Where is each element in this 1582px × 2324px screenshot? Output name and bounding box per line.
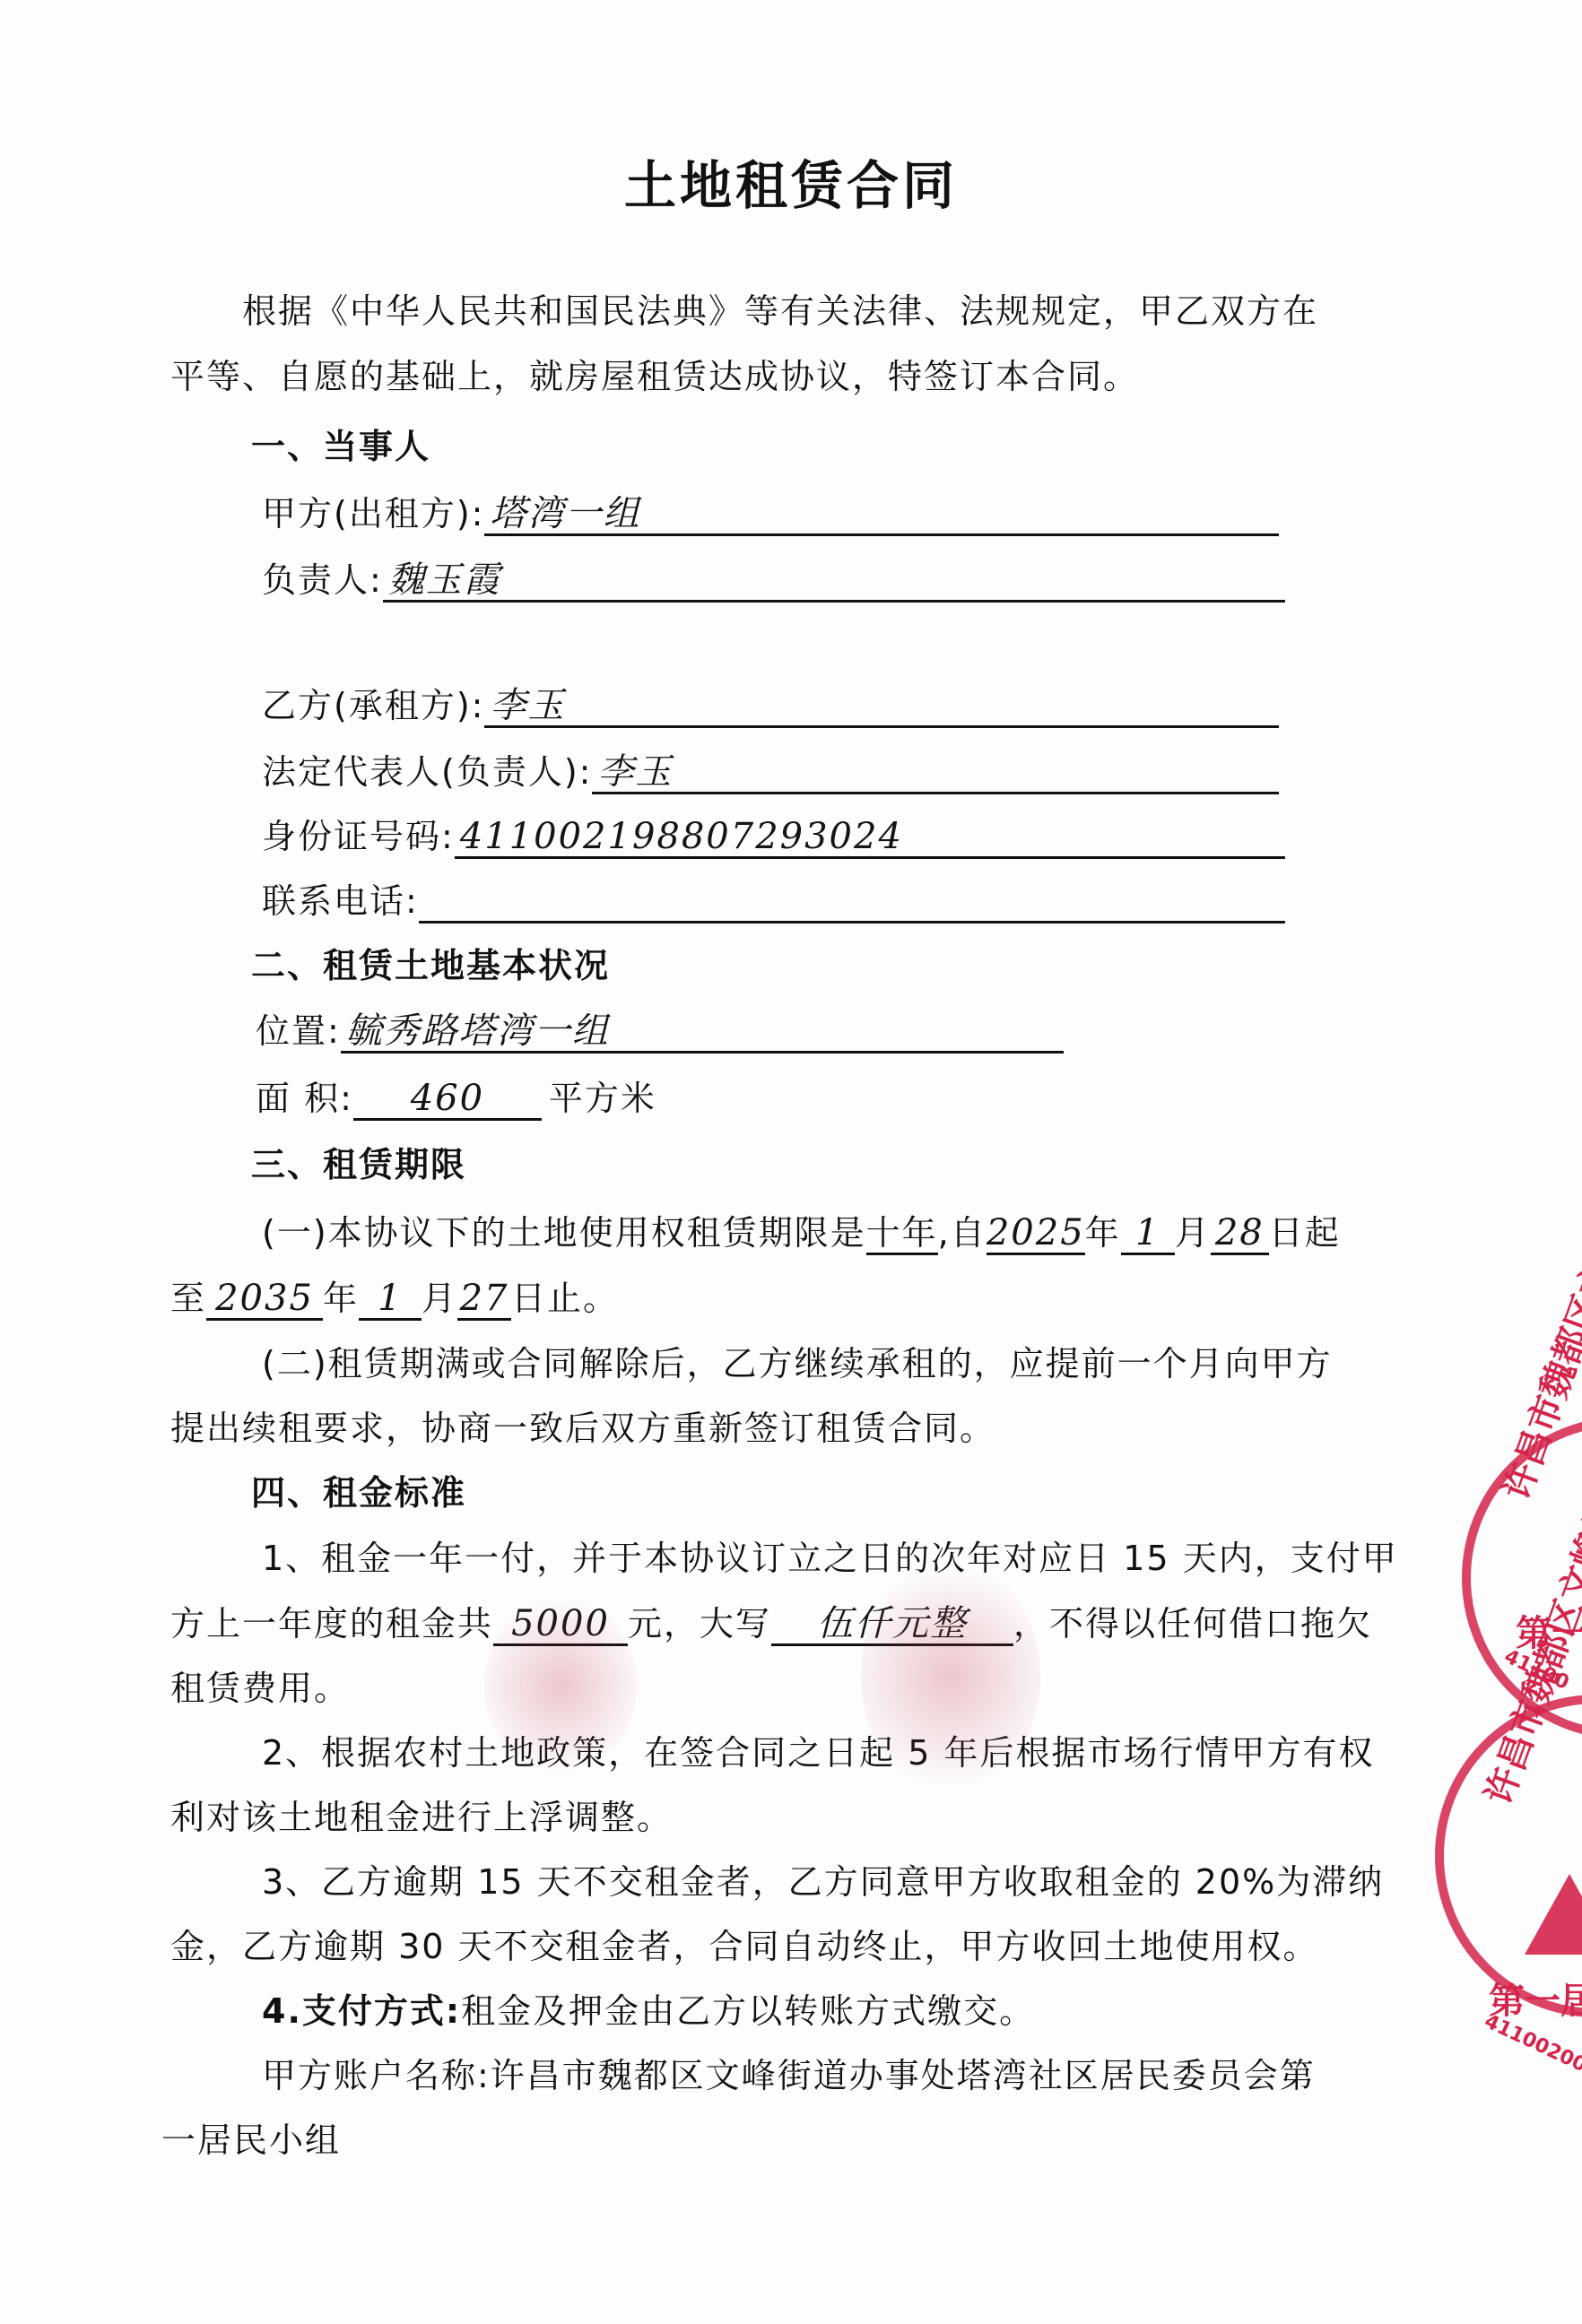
id-field[interactable]: 411002198807293024: [455, 817, 1285, 859]
legal-rep-field[interactable]: 李玉: [592, 752, 1279, 794]
renewal-line-1: (二)租赁期满或合同解除后，乙方继续承租的，应提前一个月向甲方: [262, 1341, 1333, 1386]
term-text-e: 日止。: [511, 1279, 619, 1318]
party-a-field[interactable]: 塔湾一组: [484, 494, 1279, 536]
month-char: 月: [422, 1279, 457, 1318]
term-field[interactable]: 十年: [866, 1213, 938, 1255]
payment-method-text: 租金及押金由乙方以转账方式缴交。: [461, 1991, 1035, 2031]
party-b-label: 乙方(承租方):: [262, 686, 484, 725]
rent-item1-line1: 1、租金一年一付，并于本协议订立之日的次年对应日 15 天内，支付甲: [262, 1536, 1398, 1581]
party-a-row: 甲方(出租方):塔湾一组: [262, 491, 1279, 536]
responsible-field[interactable]: 魏玉霞: [383, 560, 1285, 603]
section-heading-parties: 一、当事人: [251, 424, 430, 469]
section-heading-land: 二、租赁土地基本状况: [251, 943, 610, 988]
payment-method-label: 4.支付方式:: [262, 1991, 461, 2031]
term-text-b: ,自: [938, 1213, 987, 1253]
legal-rep-row: 法定代表人(负责人):李玉: [262, 750, 1279, 794]
start-month-field[interactable]: 1: [1121, 1213, 1175, 1255]
end-year-field[interactable]: 2035: [206, 1279, 323, 1321]
id-label: 身份证号码:: [262, 817, 455, 856]
section-heading-term: 三、租赁期限: [251, 1142, 466, 1187]
rent-text-a: 方上一年度的租金共: [170, 1604, 493, 1643]
account-line-1: 甲方账户名称:许昌市魏都区文峰街道办事处塔湾社区居民委员会第: [262, 2053, 1316, 2098]
legal-rep-label: 法定代表人(负责人):: [262, 752, 592, 792]
intro-line-1: 根据《中华人民共和国民法典》等有关法律、法规规定，甲乙双方在: [242, 289, 1318, 334]
party-b-row: 乙方(承租方):李玉: [262, 683, 1279, 728]
rent-text-c: ，不得以任何借口拖欠: [1013, 1604, 1372, 1643]
section-heading-rent: 四、租金标准: [251, 1470, 466, 1515]
stamp-smudge: [484, 1596, 637, 1775]
rent-text-b: 元，大写: [628, 1604, 771, 1643]
phone-field[interactable]: [419, 881, 1285, 924]
responsible-label: 负责人:: [262, 560, 383, 600]
account-line-2: 一居民小组: [161, 2118, 341, 2163]
rent-item1-line2: 方上一年度的租金共5000元，大写伍仟元整，不得以任何借口拖欠: [170, 1601, 1372, 1646]
contract-page: 土地租赁合同 根据《中华人民共和国民法典》等有关法律、法规规定，甲乙双方在 平等…: [0, 0, 1582, 2324]
start-day-field[interactable]: 28: [1211, 1213, 1269, 1255]
end-day-field[interactable]: 27: [457, 1279, 511, 1321]
intro-line-2: 平等、自愿的基础上，就房屋租赁达成协议，特签订本合同。: [170, 354, 1139, 399]
term-text-a: (一)本协议下的土地使用权租赁期限是: [262, 1213, 866, 1253]
payment-method-line: 4.支付方式:租金及押金由乙方以转账方式缴交。: [262, 1989, 1035, 2033]
responsible-row: 负责人:魏玉霞: [262, 558, 1285, 603]
id-row: 身份证号码:411002198807293024: [262, 814, 1285, 859]
rent-item1-line3: 租赁费用。: [170, 1666, 350, 1711]
location-label: 位置:: [256, 1011, 341, 1051]
area-row: 面 积:460平方米: [256, 1076, 656, 1121]
term-line-1: (一)本协议下的土地使用权租赁期限是十年,自2025年1月28日起: [262, 1210, 1341, 1255]
end-month-field[interactable]: 1: [359, 1279, 422, 1321]
year-char: 年: [323, 1279, 359, 1318]
month-char: 月: [1175, 1213, 1211, 1253]
phone-row: 联系电话:: [262, 879, 1285, 924]
location-row: 位置:毓秀路塔湾一组: [256, 1009, 1064, 1054]
term-text-d: 至: [170, 1279, 206, 1318]
rent-item2-line1: 2、根据农村土地政策，在签合同之日起 5 年后根据市场行情甲方有权: [262, 1730, 1375, 1775]
renewal-line-2: 提出续租要求，协商一致后双方重新签订租赁合同。: [170, 1406, 995, 1451]
area-unit: 平方米: [549, 1079, 656, 1118]
term-text-c: 日起: [1269, 1213, 1341, 1253]
party-a-label: 甲方(出租方):: [262, 494, 484, 533]
party-b-field[interactable]: 李玉: [484, 686, 1279, 728]
rent-item3-line1: 3、乙方逾期 15 天不交租金者，乙方同意甲方收取租金的 20%为滞纳: [262, 1860, 1384, 1904]
year-char: 年: [1085, 1213, 1121, 1253]
phone-label: 联系电话:: [262, 881, 419, 921]
stamp-smudge: [861, 1560, 1040, 1793]
location-field[interactable]: 毓秀路塔湾一组: [341, 1011, 1064, 1054]
area-field[interactable]: 460: [353, 1079, 542, 1121]
seal-star-icon: [1525, 1874, 1582, 1955]
area-label: 面 积:: [256, 1079, 353, 1118]
document-title: 土地租赁合同: [0, 143, 1582, 219]
start-year-field[interactable]: 2025: [987, 1213, 1085, 1255]
rent-item3-line2: 金，乙方逾期 30 天不交租金者，合同自动终止，甲方收回土地使用权。: [170, 1924, 1319, 1969]
rent-item2-line2: 利对该土地租金进行上浮调整。: [170, 1795, 673, 1840]
term-line-2: 至2035年1月27日止。: [170, 1276, 619, 1321]
